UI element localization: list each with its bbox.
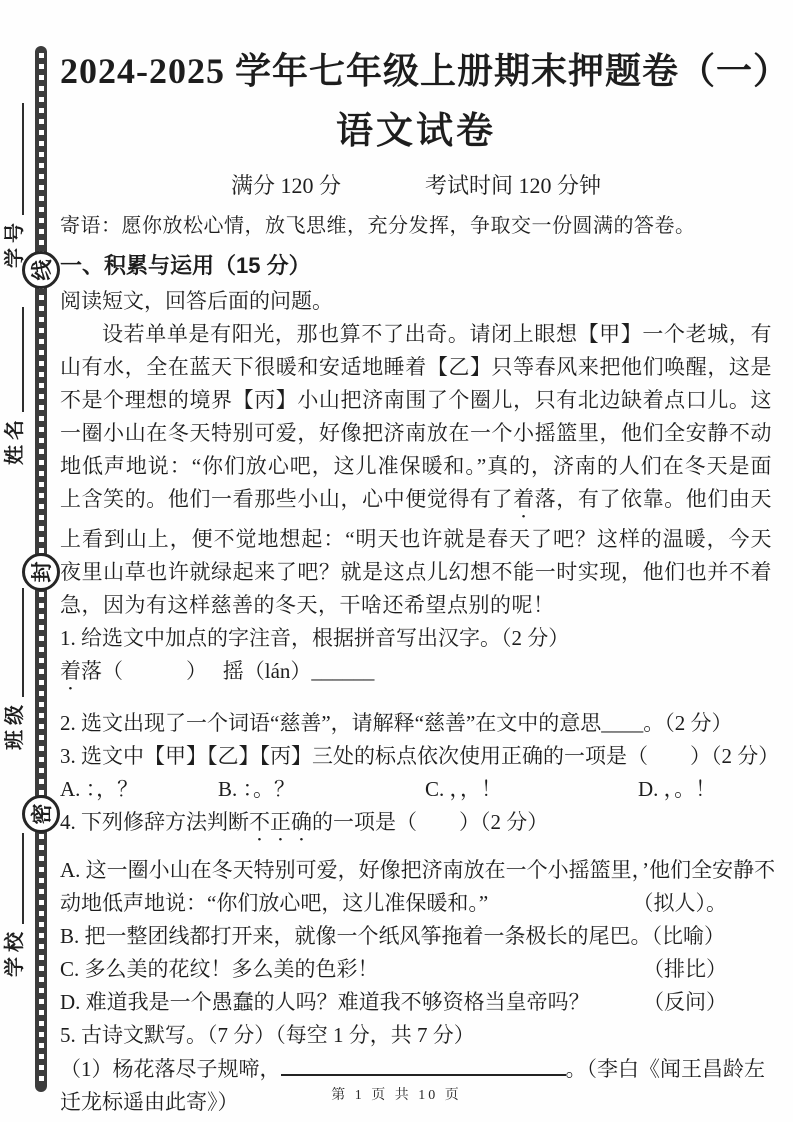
- section-one-intro: 阅读短文，回答后面的问题。: [60, 285, 772, 317]
- question-4-option-d-text: D. 难道我是一个愚蠢的人吗？难道我不够资格当皇帝吗？: [60, 986, 590, 1019]
- seal-stamp-mi: 密: [22, 795, 60, 833]
- class-label: 班 级: [2, 588, 28, 750]
- question-4-option-b: B. 把一整团线都打开来，就像一个纸风筝拖着一条极长的尾巴。（比喻）: [60, 920, 772, 953]
- exam-title-line1: 2024-2025 学年七年级上册期末押题卷（一）: [60, 50, 772, 94]
- question-4-option-c-row: C. 多么美的花纹！多么美的色彩！ （排比）: [60, 953, 772, 986]
- exam-paper-page: 2024-2025 学年七年级上册期末押题卷（一） 语文试卷 满分 120 分 …: [60, 0, 772, 1119]
- question-4-option-c-text: C. 多么美的花纹！多么美的色彩！: [60, 953, 379, 986]
- student-id-blank-line: [22, 103, 24, 215]
- question-4-option-a-text: 动地低声地说：“你们放心吧，这儿准保暖和。”: [60, 887, 488, 920]
- school-blank-line: [22, 833, 24, 924]
- exam-title-line2: 语文试卷: [60, 100, 772, 154]
- seal-stamp-feng: 封: [22, 553, 60, 591]
- total-score-info: 满分 120 分: [231, 169, 341, 200]
- question-1-stem: 1. 给选文中加点的字注音，根据拼音写出汉字。（2 分）: [60, 622, 772, 655]
- reading-passage: 设若单单是有阳光，那也算不了出奇。请闭上眼想【甲】一个老城，有山有水，全在蓝天下…: [60, 318, 772, 622]
- seal-stamp-mi-char: 密: [26, 804, 56, 825]
- question-4-option-d-row: D. 难道我是一个愚蠢的人吗？难道我不够资格当皇帝吗？ （反问）: [60, 986, 772, 1019]
- exam-info-row: 满分 120 分 考试时间 120 分钟: [60, 169, 772, 200]
- seal-stamp-xian-char: 线: [26, 260, 56, 281]
- seal-stamp-xian: 线: [22, 251, 60, 289]
- question-5-stem: 5. 古诗文默写。（7 分）（每空 1 分，共 7 分）: [60, 1019, 772, 1052]
- question-4-option-d-tag: （反问）: [643, 986, 727, 1019]
- page-number-footer: 第 1 页 共 10 页: [0, 1084, 793, 1104]
- school-label: 学 校: [2, 833, 28, 977]
- question-1-answer-line: 着落（ ） 摇（lán）______: [60, 655, 772, 695]
- question-2-stem: 2. 选文出现了一个词语“慈善”，请解释“慈善”在文中的意思____。（2 分）: [60, 707, 772, 740]
- question-3-option-a: A. ：，？: [60, 773, 218, 806]
- question-4-option-a-line2: 动地低声地说：“你们放心吧，这儿准保暖和。” （拟人）。: [60, 887, 772, 920]
- student-name-label-text: 姓 名: [2, 420, 28, 465]
- question-3-options-row: A. ：，？ B. ：。？ C. ，，！ D. ，。！: [60, 773, 772, 806]
- question-3-option-c: C. ，，！: [425, 773, 638, 806]
- question-3-option-b: B. ：。？: [218, 773, 425, 806]
- question-4-stem: 4. 下列修辞方法判断不正确的一项是（ ）（2 分）: [60, 806, 772, 846]
- student-name-blank-line: [22, 307, 24, 412]
- question-3-option-d: D. ，。！: [638, 773, 716, 806]
- exam-motto: 寄语：愿你放松心情，放飞思维，充分发挥，争取交一份圆满的答卷。: [60, 209, 772, 238]
- class-blank-line: [22, 588, 24, 697]
- exam-time-info: 考试时间 120 分钟: [425, 169, 601, 200]
- question-3-stem: 3. 选文中【甲】【乙】【丙】三处的标点依次使用正确的一项是（ ）（2 分）: [60, 740, 772, 773]
- student-name-label: 姓 名: [2, 307, 28, 465]
- question-5-item1-blank-line: [281, 1052, 566, 1076]
- student-id-label: 学 号: [2, 103, 28, 268]
- school-label-text: 学 校: [2, 932, 28, 977]
- question-4-option-a-line1: A. 这一圈小山在冬天特别可爱，好像把济南放在一个小摇篮里，’他们全安静不: [60, 854, 772, 887]
- seal-stamp-feng-char: 封: [26, 562, 56, 583]
- question-5-item1-pre: （1）杨花落尽子规啼，: [60, 1057, 281, 1081]
- section-one-heading: 一、积累与运用（15 分）: [60, 249, 772, 280]
- question-4-option-a-tag: （拟人）。: [633, 887, 728, 920]
- question-4-option-c-tag: （排比）: [643, 953, 727, 986]
- class-label-text: 班 级: [2, 705, 28, 750]
